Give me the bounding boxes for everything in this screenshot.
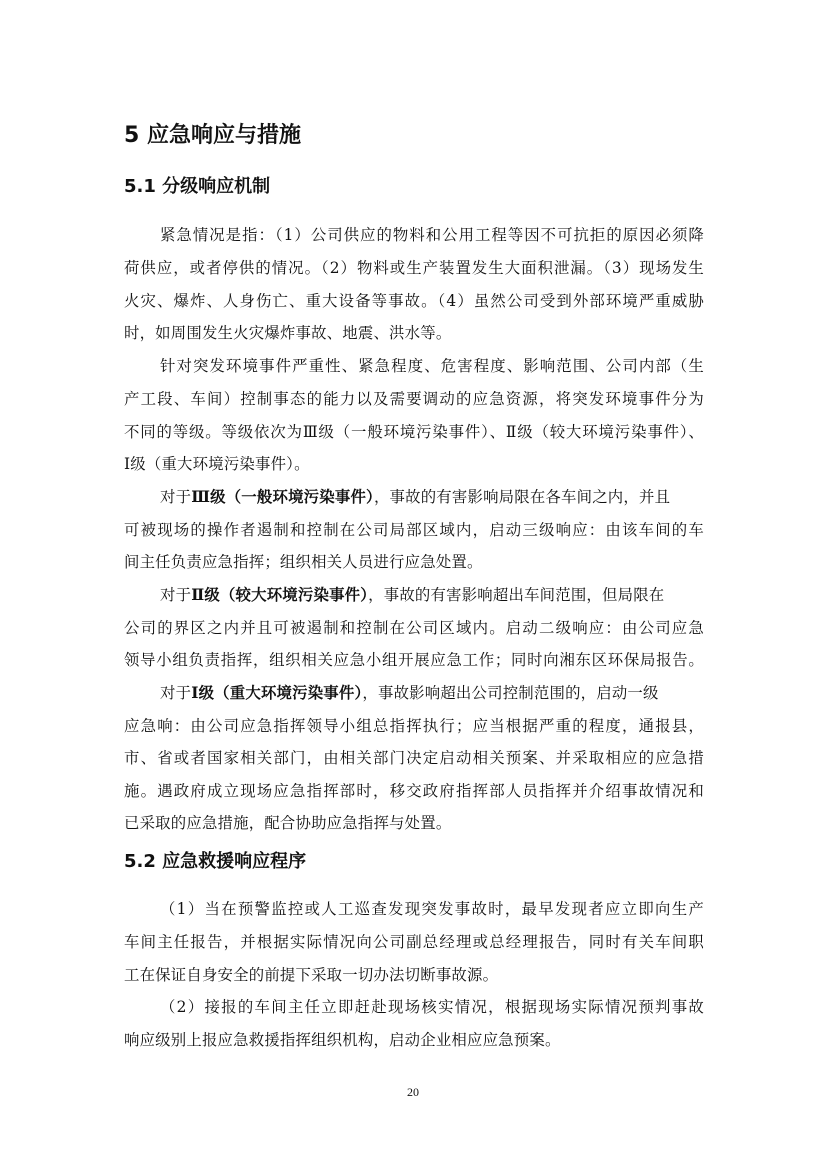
paragraph-line: （1）当在预警监控或人工巡查发现突发事故时，最早发现者应立即向生产	[160, 899, 704, 919]
paragraph-line-level-2: 对于Ⅱ级（较大环境污染事件），事故的有害影响超出车间范围，但局限在	[160, 585, 704, 605]
page-number: 20	[0, 1085, 826, 1100]
paragraph-line: 领导小组负责指挥，组织相关应急小组开展应急工作；同时向湘东区环保局报告。	[124, 650, 704, 670]
paragraph-line: 针对突发环境事件严重性、紧急程度、危害程度、影响范围、公司内部（生	[160, 356, 704, 376]
paragraph-line-level-1: 对于Ⅰ级（重大环境污染事件），事故影响超出公司控制范围的，启动一级	[160, 683, 704, 703]
text-prefix: 对于	[160, 684, 191, 702]
chapter-heading: 5 应急响应与措施	[124, 118, 301, 149]
level-3-label: Ⅲ级（一般环境污染事件）	[191, 488, 374, 506]
level-1-label: Ⅰ级（重大环境污染事件）	[191, 684, 362, 702]
paragraph-line: 公司的界区之内并且可被遏制和控制在公司区域内。启动二级响应：由公司应急	[124, 618, 704, 638]
paragraph-line: 时，如周围发生火灾爆炸事故、地震、洪水等。	[124, 323, 704, 343]
paragraph-line-level-3: 对于Ⅲ级（一般环境污染事件），事故的有害影响局限在各车间之内，并且	[160, 487, 704, 507]
paragraph-line: 紧急情况是指：（1）公司供应的物料和公用工程等因不可抗拒的原因必须降	[160, 225, 704, 245]
paragraph-line: 间主任负责应急指挥；组织相关人员进行应急处置。	[124, 552, 704, 572]
text-rest: ，事故影响超出公司控制范围的，启动一级	[362, 684, 658, 702]
paragraph-line: 可被现场的操作者遏制和控制在公司局部区域内，启动三级响应：由该车间的车	[124, 520, 704, 540]
paragraph-line: 不同的等级。等级依次为Ⅲ级（一般环境污染事件）、Ⅱ级（较大环境污染事件）、	[124, 422, 704, 442]
paragraph-line: 荷供应，或者停供的情况。（2）物料或生产装置发生大面积泄漏。（3）现场发生	[124, 258, 704, 278]
paragraph-line: 车间主任报告，并根据实际情况向公司副总经理或总经理报告，同时有关车间职	[124, 932, 704, 952]
text-rest: ，事故的有害影响局限在各车间之内，并且	[374, 488, 670, 506]
paragraph-line: Ⅰ级（重大环境污染事件）。	[124, 454, 704, 474]
section-heading-5-2: 5.2 应急救援响应程序	[124, 847, 306, 873]
text-prefix: 对于	[160, 488, 191, 506]
text-prefix: 对于	[160, 586, 191, 604]
paragraph-line: 已采取的应急措施，配合协助应急指挥与处置。	[124, 813, 704, 833]
text-rest: ，事故的有害影响超出车间范围，但局限在	[368, 586, 664, 604]
paragraph-line: 市、省或者国家相关部门，由相关部门决定启动相关预案、并采取相应的应急措	[124, 748, 704, 768]
paragraph-line: 响应级别上报应急救援指挥组织机构，启动企业相应应急预案。	[124, 1030, 704, 1050]
paragraph-line: （2）接报的车间主任立即赶赴现场核实情况，根据现场实际情况预判事故	[160, 997, 704, 1017]
document-page: 5 应急响应与措施 5.1 分级响应机制 紧急情况是指：（1）公司供应的物料和公…	[0, 0, 826, 1169]
paragraph-line: 工在保证自身安全的前提下采取一切办法切断事故源。	[124, 965, 704, 985]
paragraph-line: 产工段、车间）控制事态的能力以及需要调动的应急资源，将突发环境事件分为	[124, 389, 704, 409]
paragraph-line: 施。遇政府成立现场应急指挥部时，移交政府指挥部人员指挥并介绍事故情况和	[124, 781, 704, 801]
section-heading-5-1: 5.1 分级响应机制	[124, 172, 270, 198]
level-2-label: Ⅱ级（较大环境污染事件）	[191, 586, 368, 604]
paragraph-line: 应急响：由公司应急指挥领导小组总指挥执行；应当根据严重的程度，通报县，	[124, 716, 704, 736]
paragraph-line: 火灾、爆炸、人身伤亡、重大设备等事故。（4）虽然公司受到外部环境严重威胁	[124, 291, 704, 311]
